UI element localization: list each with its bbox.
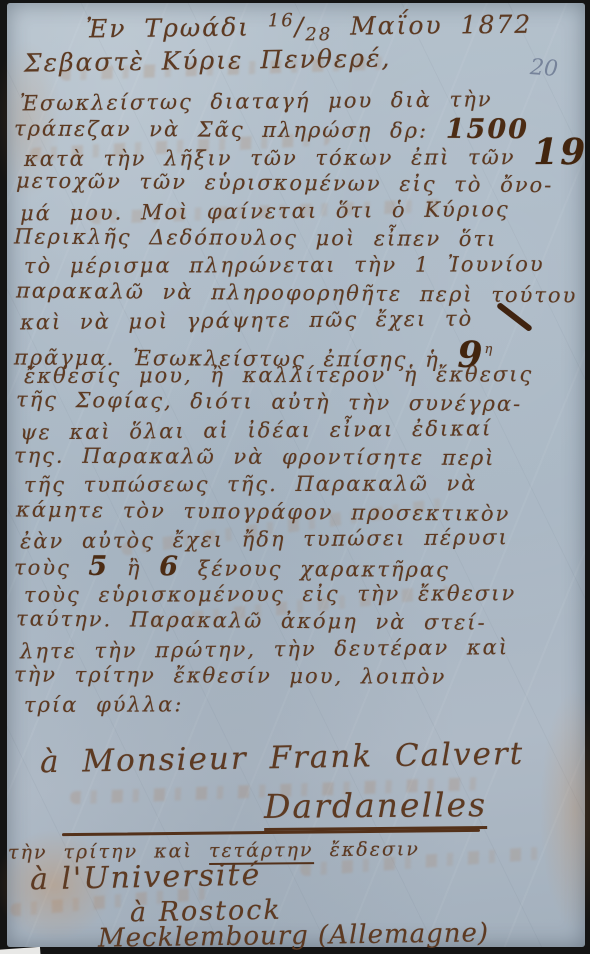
handwriting-text: ἢ bbox=[109, 556, 159, 580]
letter-line: της. Παρακαλῶ νὰ φροντίσητε περὶ bbox=[12, 443, 580, 473]
letter-line: τρία φύλλα: bbox=[12, 690, 580, 719]
handwriting-text: Ἐσωκλείστως διαταγή μου διὰ τὴν bbox=[20, 87, 493, 115]
letter-body: Ἐσωκλείστως διαταγή μου διὰ τὴντράπεζαν … bbox=[12, 88, 580, 718]
handwriting-text: καὶ νὰ μοὶ γράψητε πῶς ἔχει τὸ bbox=[20, 307, 473, 335]
letter-line: κατὰ τὴν λῆξιν τῶν τόκων ἐπὶ τῶν 19 bbox=[12, 142, 580, 171]
letter-line: τὸ μέρισμα πληρώνεται τὴν 1 Ἰουνίου bbox=[12, 251, 580, 280]
handwriting-text: τράπεζαν νὰ Σᾶς πληρώσῃ δρ: bbox=[14, 117, 446, 143]
letter-line: πρᾶγμα. Ἐσωκλείστως ἐπίσης ἡ 9η bbox=[12, 333, 580, 363]
dateline-month-year: Μαΐου 1872 bbox=[350, 10, 532, 41]
greek-insert-post: ἔκδεσιν bbox=[313, 838, 420, 861]
handwriting-text: τρία φύλλα: bbox=[24, 692, 183, 717]
ink-stroke-mark bbox=[496, 302, 533, 332]
handwriting-text: κατὰ τὴν λῆξιν τῶν τόκων ἐπὶ τῶν bbox=[24, 145, 533, 171]
pencil-page-number: 20 bbox=[529, 55, 559, 82]
address-mecklembourg: Mecklembourg (Allemagne) bbox=[98, 918, 489, 953]
handwriting-text: μά μου. Μοὶ φαίνεται ὅτι ὁ Κύριος bbox=[20, 197, 510, 225]
handwriting-text: ξένους χαρακτῆρας bbox=[180, 556, 450, 581]
letter-line: λητε τὴν πρώτην, τὴν δευτέραν καὶ bbox=[12, 633, 580, 665]
dateline-slash: / bbox=[295, 12, 306, 41]
handwriting-text: κάμητε τὸν τυπογράφον προσεκτικὸν bbox=[16, 497, 511, 525]
handwriting-text: μετοχῶν τῶν εὑρισκομένων εἰς τὸ ὄνο- bbox=[16, 169, 553, 198]
paper-corner-tear bbox=[0, 947, 41, 954]
handwriting-text: τοὺς εὑρισκομένους εἰς τὴν ἔκθεσιν bbox=[24, 581, 516, 607]
dateline: Ἐν Τρωάδι 16/28 Μαΐου 1872 bbox=[86, 8, 533, 48]
dateline-place: Ἐν Τρωάδι bbox=[86, 13, 250, 44]
letter-line: Περικλῆς Δεδόπουλος μοὶ εἶπεν ὅτι bbox=[12, 223, 580, 253]
letter-line: μά μου. Μοὶ φαίνεται ὅτι ὁ Κύριος bbox=[12, 195, 580, 227]
handwriting-text: ταύτην. Παρακαλῶ ἀκόμη νὰ στεί- bbox=[16, 607, 487, 635]
letter-line: ἔκθεσίς μου, ἢ καλλίτερον ἡ ἔκθεσις bbox=[12, 361, 580, 390]
handwriting-text: τὴν τρίτην ἔκθεσίν μου, λοιπὸν bbox=[14, 663, 446, 689]
letter-line: τὴν τρίτην ἔκθεσίν μου, λοιπὸν bbox=[12, 662, 580, 692]
handwriting-text: παρακαλῶ νὰ πληροφορηθῆτε περὶ τούτου bbox=[16, 278, 578, 307]
address-city-dardanelles: Dardanelles bbox=[264, 785, 487, 831]
letter-line: ψε καὶ ὅλαι αἱ ἰδέαι εἶναι ἐδικαί bbox=[12, 414, 580, 446]
dateline-julian-day: 16 bbox=[268, 10, 295, 31]
address-university: à l'Université bbox=[30, 858, 262, 898]
handwriting-text: τὸ μέρισμα πληρώνεται τὴν 1 Ἰουνίου bbox=[24, 252, 545, 278]
letter-line: τράπεζαν νὰ Σᾶς πληρώσῃ δρ: 1500 bbox=[12, 114, 580, 144]
handwriting-text: η bbox=[484, 342, 494, 357]
handwriting-text: ψε καὶ ὅλαι αἱ ἰδέαι εἶναι ἐδικαί bbox=[20, 416, 493, 444]
handwriting-text: ἔκθεσίς μου, ἢ καλλίτερον ἡ ἔκθεσις bbox=[24, 362, 533, 388]
handwriting-text: Περικλῆς Δεδόπουλος μοὶ εἶπεν ὅτι bbox=[14, 224, 497, 251]
emphasized-number: 5 bbox=[88, 551, 109, 582]
handwriting-text: τοὺς bbox=[14, 555, 89, 579]
letter-line: τοὺς 5 ἢ 6 ξένους χαρακτῆρας bbox=[12, 552, 580, 582]
dateline-gregorian-day: 28 bbox=[305, 24, 332, 45]
letter-line: καὶ νὰ μοὶ γράψητε πῶς ἔχει τὸ bbox=[12, 305, 580, 337]
handwriting-text: τῆς Σοφίας, διότι αὐτὴ τὴν συνέγρα- bbox=[16, 388, 522, 416]
handwriting-text: της. Παρακαλῶ νὰ φροντίσητε περὶ bbox=[14, 444, 496, 471]
letter-line: μετοχῶν τῶν εὑρισκομένων εἰς τὸ ὄνο- bbox=[12, 168, 580, 200]
handwriting-text: τῆς τυπώσεως τῆς. Παρακαλῶ νὰ bbox=[24, 472, 478, 498]
handwriting-text: λητε τὴν πρώτην, τὴν δευτέραν καὶ bbox=[20, 635, 509, 663]
scanned-letter-page: { "colors": { "paper": "#abb9c6", "ink":… bbox=[0, 0, 590, 954]
emphasized-number: 1500 bbox=[446, 114, 529, 145]
emphasized-number: 19 bbox=[533, 131, 587, 173]
salutation: Σεβαστὲ Κύριε Πενθερέ, bbox=[24, 43, 392, 77]
letter-line: τῆς τυπώσεως τῆς. Παρακαλῶ νὰ bbox=[12, 470, 580, 499]
letter-line: τοὺς εὑρισκομένους εἰς τὴν ἔκθεσιν bbox=[12, 580, 580, 609]
handwriting-text: ἐὰν αὐτὸς ἔχει ἤδη τυπώσει πέρυσι bbox=[20, 525, 509, 553]
emphasized-number: 6 bbox=[159, 551, 180, 582]
